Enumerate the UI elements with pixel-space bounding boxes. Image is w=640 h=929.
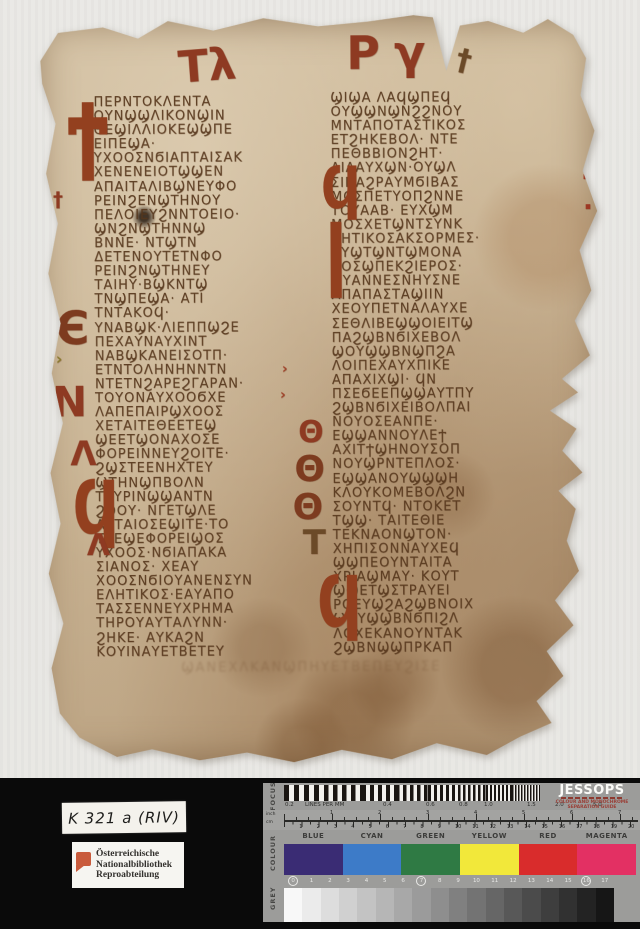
- manuscript-line: ΑΠΑΙΤΑΛΙΒϢΝΕΥΦΟ: [94, 179, 334, 194]
- calibration-target: FOCUS COLOUR GREY 0.2LINES PER MM0.40.60…: [263, 783, 640, 922]
- grey-step: [467, 888, 485, 922]
- illuminated-initial: Ι: [325, 210, 347, 315]
- manuscript-line: ΚΟΥΙΝΑΥΕΤΒΕΤΕΥ: [96, 645, 336, 660]
- manuscript-line: ΤΗΡΟΥΑΥΤΑΛΥΝΝ·: [96, 616, 336, 631]
- manuscript-line: ΟΥΑΝΝΕΣΝΗΥΣΝΕ: [331, 274, 566, 289]
- illuminated-initial: ·: [583, 195, 593, 221]
- manuscript-line: ΣΙΝΑϨΡΑΥΜϬΙΒΑΣ: [331, 175, 566, 190]
- resolution-bar-segment: [396, 785, 428, 801]
- grey-scale-numbers: 01234567891011121314151617: [284, 876, 614, 887]
- photo-background: Τλ Ργ † ΠΕΡΝΤΟΚΛΕΝΤΑΟΥΝϢϢΛΙΚΟΝϢΙΝΘΕϢΙΛΛΙ…: [0, 0, 640, 778]
- colour-patch: [519, 844, 578, 875]
- resolution-bar-segment: [458, 785, 486, 801]
- grey-step: [394, 888, 412, 922]
- illuminated-initial: Θ: [293, 490, 324, 526]
- cm-number: 13: [507, 824, 513, 830]
- manuscript-line: ΕϢϢΑΝΟΥϢϢϢΗ: [332, 471, 567, 486]
- brand-name: JESSOPS: [548, 784, 636, 797]
- grey-step: [376, 888, 394, 922]
- library-stamp-line2: Nationalbibliothek: [96, 860, 172, 871]
- library-stamp-line3: Reproabteilung: [96, 870, 172, 881]
- cm-number: 20: [628, 824, 634, 830]
- inch-number: 7: [618, 810, 621, 816]
- colour-patch-row: [284, 844, 636, 875]
- grey-step-number: 16: [577, 876, 595, 887]
- grey-step: [357, 888, 375, 922]
- lines-per-mm-label: 0.2: [285, 802, 294, 808]
- manuscript-line: ΥΝΑΒϢΚ·ΛΙΕΠΠϢϨΕ: [95, 320, 335, 335]
- manuscript-line: ΝΟΥϢΡΝΤΕΠΛΟΣ·: [332, 457, 567, 472]
- digitized-manuscript-scan: Τλ Ργ † ΠΕΡΝΤΟΚΛΕΝΤΑΟΥΝϢϢΛΙΚΟΝϢΙΝΘΕϢΙΛΛΙ…: [0, 0, 640, 929]
- parchment-leaf: Τλ Ργ † ΠΕΡΝΤΟΚΛΕΝΤΑΟΥΝϢϢΛΙΚΟΝϢΙΝΘΕϢΙΛΛΙ…: [28, 10, 607, 769]
- grey-step-number: 14: [541, 876, 559, 887]
- grey-step: [559, 888, 577, 922]
- grey-step: [321, 888, 339, 922]
- manuscript-line: ϢΝϨΝϢΤΗΝΝϢ: [94, 222, 334, 237]
- illuminated-initial: ·: [585, 255, 595, 281]
- library-stamp: Österreichische Nationalbibliothek Repro…: [72, 842, 184, 888]
- illuminated-initial: Λ: [87, 531, 110, 561]
- grey-step-number-circle: 0: [288, 876, 298, 886]
- ink-bleed-through-line: ϢΑΝΕΧΛΚΑΝϢΠΗΥΕΤΒΕΠΕΥϨΙΣΕ: [181, 659, 541, 676]
- manuscript-line: ΠΕΛΟΙΕΥϨΝΝΤΟΕΙΟ·: [94, 208, 334, 223]
- ruler: inch cm 1234567 123456789101112131415161…: [263, 810, 640, 830]
- bottom-strip: K 321 a (RIV) Österreichische Nationalbi…: [0, 778, 640, 929]
- cm-number: 4: [351, 824, 354, 830]
- grey-step-number-circle: 7: [416, 876, 426, 886]
- cm-number: 8: [420, 824, 423, 830]
- folio-number-left: Τλ: [176, 38, 238, 93]
- cm-number: 2: [317, 824, 320, 830]
- grey-step-number: 17: [596, 876, 614, 887]
- grey-step-number: 9: [449, 876, 467, 887]
- illuminated-initial: ›: [280, 388, 286, 402]
- text-column-left: ΠΕΡΝΤΟΚΛΕΝΤΑΟΥΝϢϢΛΙΚΟΝϢΙΝΘΕϢΙΛΛΙΟΚΕϢϢΠΕΕ…: [93, 95, 336, 660]
- manuscript-line: ϢΟΥϢϢΒΝϬΠΙϨΛ: [333, 612, 568, 627]
- illuminated-initial: ›: [282, 362, 288, 376]
- library-stamp-text: Österreichische Nationalbibliothek Repro…: [96, 849, 172, 881]
- manuscript-line: ϨϢΒΝϬΙΧΕΙΒΟΛΠΑΙ: [332, 401, 567, 416]
- manuscript-line: ΛΟΙΠΕΧΑΥΧΠΙΚΕ: [332, 358, 567, 373]
- manuscript-line: ϨΗΚΕ· ΑΥΚΑϨΝ: [96, 630, 336, 645]
- cm-number: 16: [559, 824, 565, 830]
- colour-patch-names: BLUECYANGREENYELLOWREDMAGENTA: [284, 832, 636, 843]
- resolution-bar-segment: [428, 785, 458, 801]
- speech-bubble-icon: [76, 852, 91, 866]
- illuminated-initial: Θ: [294, 452, 325, 488]
- manuscript-line: ΕΤϨΗΚΕΒΟΛ· ΝΤΕ: [331, 133, 566, 148]
- illuminated-initial: ·: [581, 165, 591, 191]
- lines-per-mm-label: 0.4: [383, 802, 392, 808]
- manuscript-line: ΧΕΟΥΠΕΤΝΑΛΑΥΧΕ: [332, 302, 567, 317]
- text-column-right: ϢΙϢΑ ΛΑϤϢΠΕϤΟΥϢϢΝϢΝϨϨΝΟΥΜΝΤΑΠΟΤΑΣΤΙΚΟΣΕΤ…: [330, 91, 568, 656]
- colour-patch: [577, 844, 636, 875]
- illuminated-initial: Ν: [52, 381, 87, 423]
- colour-patch-name: BLUE: [284, 832, 343, 843]
- grey-step: [339, 888, 357, 922]
- inch-number: 6: [570, 810, 573, 816]
- folio-number-right: Ργ: [346, 25, 439, 79]
- resolution-bar-segment: [284, 785, 324, 801]
- resolution-bar-segment: [324, 785, 362, 801]
- resolution-bar-segment: [362, 785, 396, 801]
- lines-per-mm-label: 0.6: [426, 802, 435, 808]
- colour-patch: [460, 844, 519, 875]
- grey-step-number: 1: [302, 876, 320, 887]
- manuscript-line: ΔΕΤΕΝΟΥΤΕΤΝΦΟ: [94, 250, 334, 265]
- cm-number: 11: [472, 824, 478, 830]
- manuscript-line: ΛΙΛΑΥΧϢΝ·ΟΥϢΛ: [331, 161, 566, 176]
- manuscript-line: ΛΟΧΕΚΑΝΟΥΝΤΑΚ: [333, 626, 568, 641]
- grey-step-number-circle: 16: [581, 876, 591, 886]
- illuminated-initial: ›: [51, 507, 58, 523]
- manuscript-line: ΧΡΙΑϢΜΑΥ· ΚΟΥΤ: [333, 570, 568, 585]
- cm-number: 19: [611, 824, 617, 830]
- cm-scale-label: cm: [266, 820, 273, 825]
- lines-per-mm-label: LINES PER MM: [305, 802, 344, 808]
- inch-number: 3: [426, 810, 429, 816]
- grey-step: [431, 888, 449, 922]
- grey-step-number: 11: [486, 876, 504, 887]
- cm-number: 17: [576, 824, 582, 830]
- resolution-bar-segment: [486, 785, 512, 801]
- cm-number: 3: [334, 824, 337, 830]
- grey-step-number: 15: [559, 876, 577, 887]
- resolution-bars: [284, 785, 540, 801]
- grey-label: GREY: [264, 875, 282, 922]
- illuminated-initial: Є: [56, 305, 90, 351]
- manuscript-line: ΘΕϢΙΛΛΙΟΚΕϢϢΠΕ: [94, 123, 334, 138]
- cm-number: 9: [438, 824, 441, 830]
- illuminated-initial: †: [53, 189, 63, 209]
- manuscript-line: ΝΟΥΟΣΕΑΝΠΕ·: [332, 415, 567, 430]
- lines-per-mm-label: 0.8: [459, 802, 468, 808]
- grey-step: [541, 888, 559, 922]
- colour-patch: [343, 844, 402, 875]
- grey-step: [577, 888, 595, 922]
- grey-step-number: 2: [321, 876, 339, 887]
- inch-scale-label: inch: [266, 812, 275, 817]
- inch-number: 4: [474, 810, 477, 816]
- manuscript-line: ΥΧΟΟΣ·ΝϬΙΑΠΑΚΑ: [96, 546, 336, 561]
- grey-step-number: 8: [431, 876, 449, 887]
- shelfmark-label: K 321 a (RIV): [62, 801, 186, 834]
- grey-step-number: 13: [522, 876, 540, 887]
- colour-patch: [401, 844, 460, 875]
- lines-per-mm-label: 1.5: [527, 802, 536, 808]
- manuscript-line: ΡΕΙΝϨΝϢΤΗΝΕΥ: [94, 264, 334, 279]
- colour-patch-name: MAGENTA: [577, 832, 636, 843]
- illuminated-initial: Ϯ: [66, 93, 109, 177]
- manuscript-line: ΤΝΤΑΚΟϤ·: [95, 306, 335, 321]
- folio-cross-mark: †: [452, 42, 475, 80]
- colour-patch-name: RED: [519, 832, 578, 843]
- manuscript-line: ΧΕΝΕΝΕΙΟΤϢϢΕΝ: [94, 165, 334, 180]
- cm-number: 14: [524, 824, 530, 830]
- grey-step-number: 3: [339, 876, 357, 887]
- manuscript-line: ϨϢΒΝϢϢΠΡΚΑΠ: [333, 640, 568, 655]
- cm-number: 5: [369, 824, 372, 830]
- grey-step-number: 6: [394, 876, 412, 887]
- colour-patch-name: CYAN: [343, 832, 402, 843]
- inch-number: 5: [522, 810, 525, 816]
- manuscript-line: ΣΟΥΝΤϤ· ΝΤΟΚΕΤ: [333, 499, 568, 514]
- grey-step-number: 0: [284, 876, 302, 887]
- jessops-logo: JESSOPS COLOUR AND MONOCHROME SEPARATION…: [548, 784, 636, 809]
- colour-patch: [284, 844, 343, 875]
- cm-number: 1: [299, 824, 302, 830]
- resolution-bar-segment: [512, 785, 540, 801]
- inch-scale: [284, 814, 638, 821]
- cm-number: 18: [593, 824, 599, 830]
- manuscript-line: ΤΑΙΗΥ·ΒϢΚΝΤϢ: [94, 278, 334, 293]
- shelfmark-text: K 321 a (RIV): [68, 808, 180, 828]
- grey-step: [596, 888, 614, 922]
- grey-step: [302, 888, 320, 922]
- inch-number: 1: [330, 810, 333, 816]
- illuminated-initial: Ϥ: [317, 568, 362, 638]
- parchment-wrap: Τλ Ργ † ΠΕΡΝΤΟΚΛΕΝΤΑΟΥΝϢϢΛΙΚΟΝϢΙΝΘΕϢΙΛΛΙ…: [28, 10, 607, 769]
- cm-number: 7: [403, 824, 406, 830]
- grey-step: [522, 888, 540, 922]
- grey-step: [412, 888, 430, 922]
- library-stamp-line1: Österreichische: [96, 849, 172, 860]
- colour-patch-name: YELLOW: [460, 832, 519, 843]
- grey-step-number: 10: [467, 876, 485, 887]
- colour-patch-name: GREEN: [401, 832, 460, 843]
- cm-number: 10: [455, 824, 461, 830]
- grey-step: [284, 888, 302, 922]
- cm-number: 6: [386, 824, 389, 830]
- grey-step-number: 5: [376, 876, 394, 887]
- inch-number: 2: [378, 810, 381, 816]
- illuminated-initial: Θ: [298, 418, 324, 448]
- colour-label: COLOUR: [264, 830, 282, 875]
- manuscript-line: ΤΝϢΠΕϢΑ· ΑΤΙ: [94, 292, 334, 307]
- illuminated-initial: Τ: [303, 526, 326, 560]
- grey-step-number: 7: [412, 876, 430, 887]
- manuscript-line: ΣΕΘΛΙΒΕϢϢΟΙΕΙΤϢ: [332, 316, 567, 331]
- lines-per-mm-label: 1.0: [484, 802, 493, 808]
- grey-step: [504, 888, 522, 922]
- grey-scale-ramp: [284, 888, 614, 922]
- grey-step: [449, 888, 467, 922]
- grey-step: [486, 888, 504, 922]
- grey-step-number: 12: [504, 876, 522, 887]
- cm-number: 12: [490, 824, 496, 830]
- cm-number: 15: [542, 824, 548, 830]
- grey-step-number: 4: [357, 876, 375, 887]
